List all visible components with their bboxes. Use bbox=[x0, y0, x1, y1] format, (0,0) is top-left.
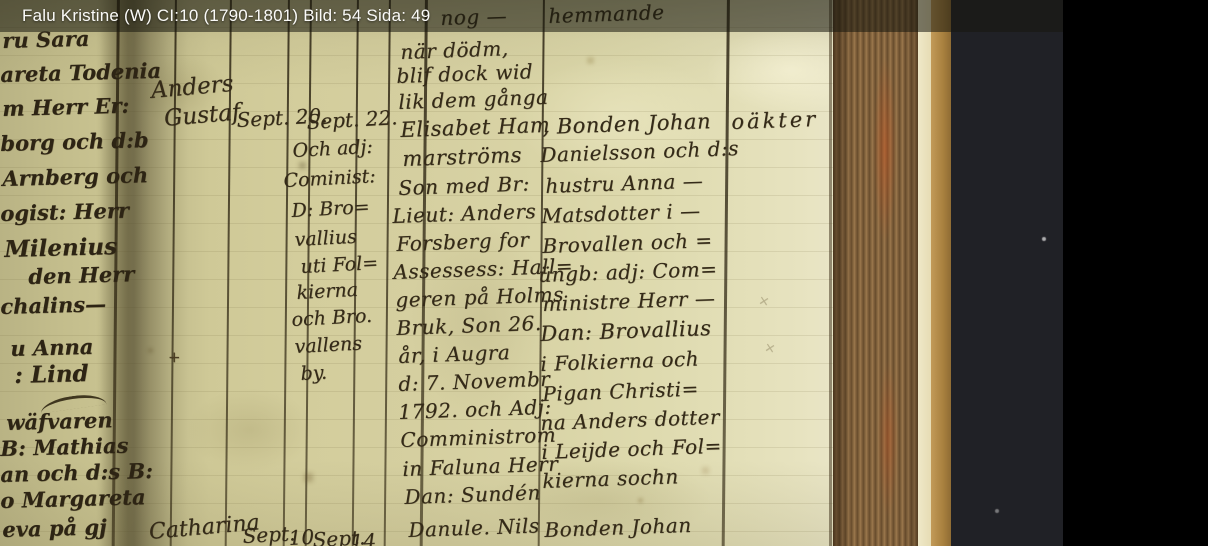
record-text-line: Bruk, Son 26. bbox=[396, 311, 542, 340]
left-page-line: borg och d:b bbox=[0, 127, 149, 156]
left-page-line: an och d:s B: bbox=[0, 458, 153, 487]
witness-line: i Folkierna och bbox=[540, 346, 699, 376]
record-text-line: år, i Augra bbox=[398, 340, 511, 368]
officiant-line: och Bro. bbox=[291, 305, 373, 331]
officiant-line: by. bbox=[300, 362, 328, 385]
record-text-line: d: 7. Novembr bbox=[398, 367, 551, 396]
witness-line: Bonden Johan bbox=[544, 513, 692, 542]
record-text-line: 1792. och Adj: bbox=[398, 395, 552, 424]
ruled-line bbox=[283, 0, 290, 546]
witness-line: i Leijde och Fol= bbox=[541, 434, 722, 464]
record-text-line: Danule. Nils bbox=[408, 513, 540, 542]
left-page-line: Milenius bbox=[4, 233, 117, 263]
officiant-line: uti Fol= bbox=[300, 252, 379, 278]
left-page-line: wäfvaren bbox=[6, 407, 113, 435]
witness-line: na Anders dotter bbox=[540, 405, 720, 435]
witness-line: kierna sochn bbox=[542, 464, 679, 493]
book-cover-edge bbox=[931, 0, 951, 546]
left-page-line: m Herr Er: bbox=[2, 93, 130, 121]
witness-line: Danielsson och d:s bbox=[540, 136, 739, 167]
officiant-line: vallens bbox=[294, 332, 363, 358]
pencil-smudge: × bbox=[757, 293, 771, 310]
officiant-line: vallius bbox=[294, 226, 357, 251]
header-bar: Falu Kristine (W) CI:10 (1790-1801) Bild… bbox=[0, 0, 1063, 32]
record-text-line: lik dem gånga bbox=[398, 85, 549, 114]
ruled-line bbox=[722, 0, 730, 546]
record-text-line: Dan: Sundén bbox=[404, 480, 541, 509]
ruled-line bbox=[384, 0, 391, 546]
book-page-edges bbox=[833, 0, 918, 546]
witness-line: Matsdotter i — bbox=[541, 198, 701, 228]
record-text-line: Forsberg for bbox=[396, 227, 530, 256]
witness-line: üngb: adj: Com= bbox=[538, 257, 718, 287]
record-text-line: Comministrom bbox=[400, 423, 557, 452]
photo-backdrop bbox=[951, 0, 1063, 546]
witness-line: ministre Herr — bbox=[542, 286, 716, 316]
officiant-line: Cominist: bbox=[283, 165, 376, 192]
left-page-line: den Herr bbox=[28, 261, 135, 289]
witness-line: Dan: Brovallius bbox=[540, 316, 712, 346]
record-baptism-date: Sept. 22. bbox=[306, 105, 398, 134]
record-text-line: in Faluna Herr bbox=[402, 452, 559, 481]
cross-mark: + bbox=[168, 348, 181, 366]
record-text-line: marströms bbox=[402, 143, 522, 171]
next-record-date-fragment: 10 bbox=[288, 525, 315, 546]
source-reference: Falu Kristine (W) CI:10 (1790-1801) Bild… bbox=[22, 6, 430, 26]
page-edge-crease bbox=[829, 0, 832, 546]
left-page-line: o Margareta bbox=[0, 484, 146, 513]
officiant-line: Och adj: bbox=[292, 136, 373, 162]
record-text-line: blif dock wid bbox=[396, 59, 533, 88]
officiant-line: kierna bbox=[296, 279, 359, 304]
inner-edge-highlight bbox=[918, 0, 931, 546]
left-page-line: u Anna bbox=[10, 334, 94, 361]
witness-line: Pigan Christi= bbox=[542, 377, 699, 406]
record-child-name: Anders bbox=[150, 71, 235, 104]
left-page-line: B: Mathias bbox=[0, 433, 129, 461]
left-page-line: chalins— bbox=[0, 291, 106, 319]
witness-overflow-word: oäkter bbox=[731, 107, 819, 134]
witness-line: Brovallen och = bbox=[542, 228, 713, 258]
witness-line: , Bonden Johan bbox=[542, 109, 711, 139]
record-text-line: Elisabet Ham bbox=[400, 113, 551, 142]
left-page-line: Arnberg och bbox=[2, 162, 148, 191]
left-page-line: areta Todenia bbox=[0, 58, 161, 87]
left-page-line: eva på gj bbox=[2, 514, 107, 542]
left-page-line: ogist: Herr bbox=[0, 198, 129, 226]
next-record-date-fragment: 14 bbox=[350, 529, 377, 546]
left-page-line: : Lind bbox=[14, 360, 89, 389]
pencil-smudge: × bbox=[763, 340, 777, 357]
void-area bbox=[1063, 0, 1208, 546]
record-text-line: Lieut: Anders bbox=[392, 199, 537, 228]
officiant-line: D: Bro= bbox=[291, 196, 370, 222]
record-text-line: Son med Br: bbox=[398, 171, 530, 200]
scan-photo[interactable]: ru Sara areta Todenia m Herr Er: borg oc… bbox=[0, 0, 1063, 546]
manuscript-page: ru Sara areta Todenia m Herr Er: borg oc… bbox=[0, 0, 833, 546]
witness-line: hustru Anna — bbox=[545, 168, 704, 197]
viewer-canvas[interactable]: ru Sara areta Todenia m Herr Er: borg oc… bbox=[0, 0, 1208, 546]
